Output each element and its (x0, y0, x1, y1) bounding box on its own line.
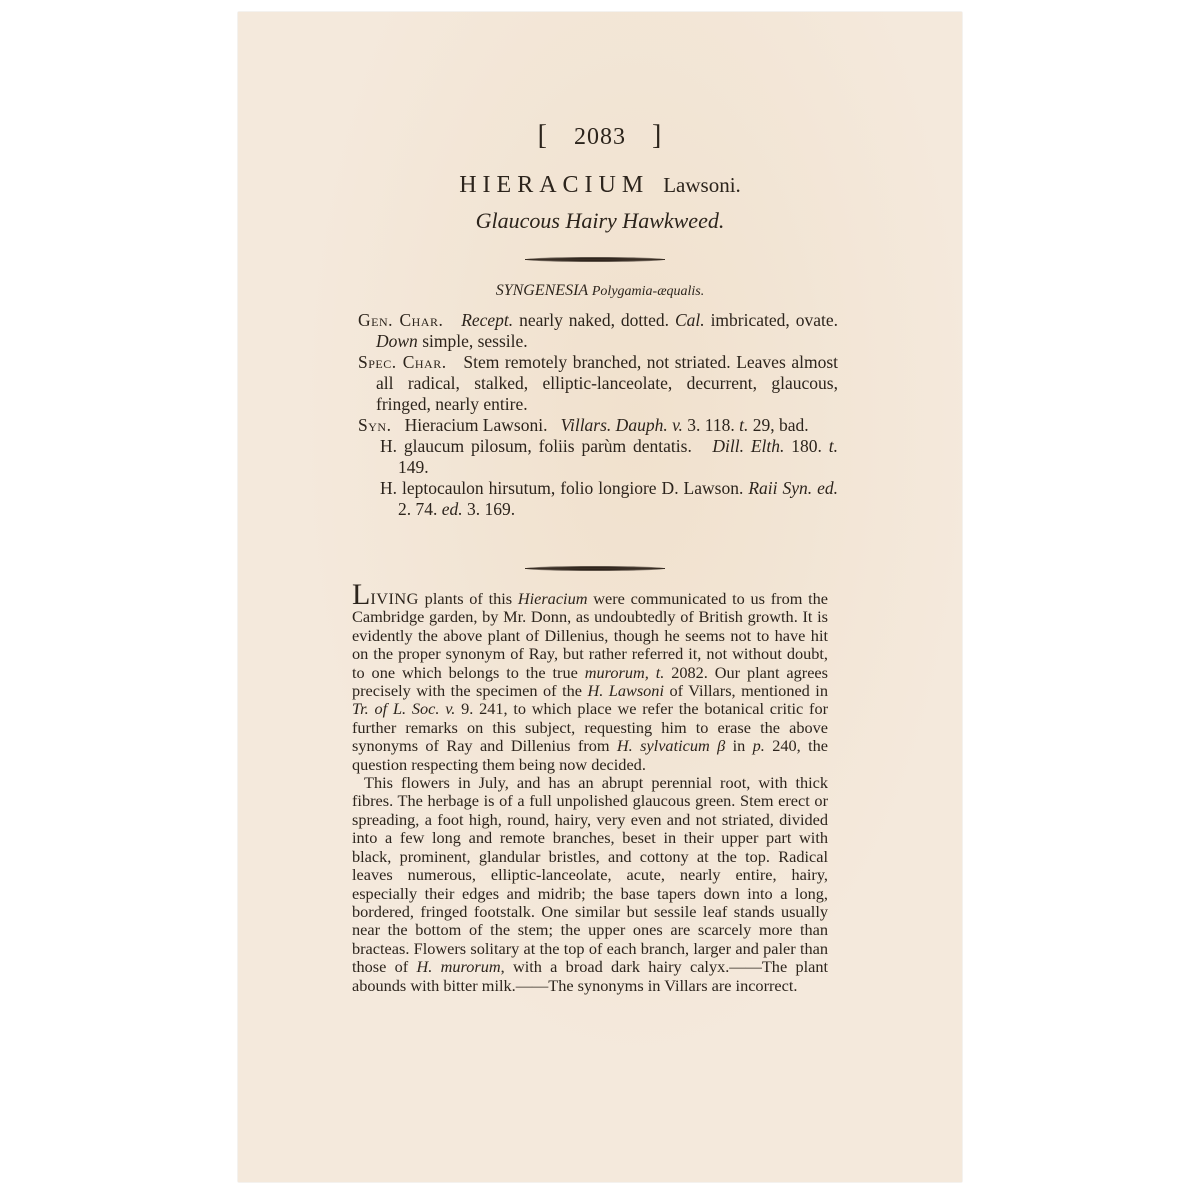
ornamental-rule (525, 257, 665, 262)
synonym-entry: H. glaucum pilosum, foliis parùm dentati… (358, 436, 838, 478)
synonym-entry: H. leptocaulon hirsutum, folio longiore … (358, 478, 838, 520)
generic-character: Gen. Char. Recept. nearly naked, dotted.… (358, 310, 838, 352)
synonym-entry: Syn. Hieracium Lawsoni. Villars. Dauph. … (358, 415, 838, 436)
description-text: LIVING plants of this Hieracium were com… (352, 586, 828, 995)
gen-char-label: Gen. Char. (358, 310, 443, 330)
synonyms: Syn. Hieracium Lawsoni. Villars. Dauph. … (358, 415, 838, 520)
description-paragraph: LIVING plants of this Hieracium were com… (352, 586, 828, 774)
species-title: HIERACIUM Lawsoni. (238, 172, 962, 199)
common-name: Glaucous Hairy Hawkweed. (238, 208, 962, 234)
specific-character: Spec. Char. Stem remotely branched, not … (358, 352, 838, 415)
page-number: [2083] (238, 120, 962, 152)
genus-name: HIERACIUM (459, 172, 649, 198)
book-page: [2083] HIERACIUM Lawsoni. Glaucous Hairy… (238, 12, 962, 1182)
drop-cap: L (352, 578, 370, 611)
description-paragraph: This flowers in July, and has an abrupt … (352, 774, 828, 995)
spec-char-label: Spec. Char. (358, 352, 447, 372)
ornamental-rule (525, 566, 665, 571)
linnaean-classification: SYNGENESIA Polygamia-æqualis. (238, 282, 962, 300)
species-name: Lawsoni. (663, 173, 741, 197)
syn-label: Syn. (358, 415, 391, 435)
